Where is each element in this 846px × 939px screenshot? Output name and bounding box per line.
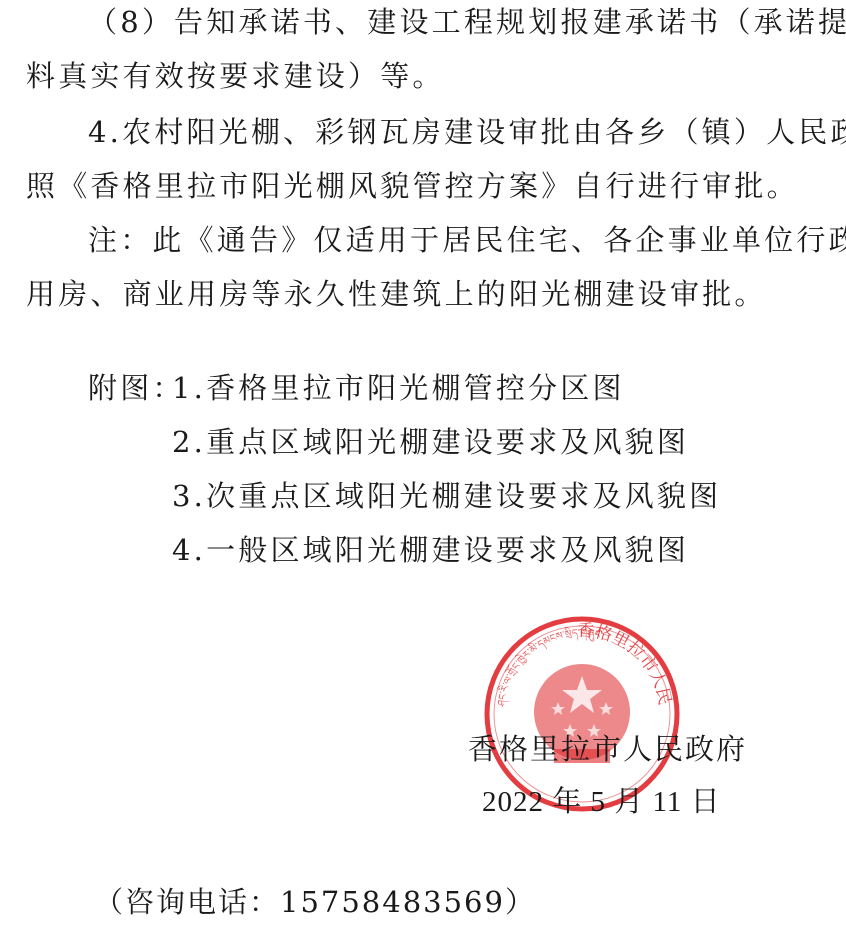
attachment-item: 2.重点区域阳光棚建设要求及风貌图 xyxy=(172,424,689,460)
contact-phone: （咨询电话：15758483569） xyxy=(94,884,536,920)
paragraph-item-4: 4.农村阳光棚、彩钢瓦房建设审批由各乡（镇）人民政府按 xyxy=(88,114,846,150)
attachment-item: 3.次重点区域阳光棚建设要求及风貌图 xyxy=(172,478,721,514)
attachment-item: 4.一般区域阳光棚建设要求及风貌图 xyxy=(172,532,689,568)
paragraph-note: 注：此《通告》仅适用于居民住宅、各企事业单位行政办公 xyxy=(88,222,846,258)
paragraph-note-cont: 用房、商业用房等永久性建筑上的阳光棚建设审批。 xyxy=(26,276,767,312)
paragraph-item-8-cont: 料真实有效按要求建设）等。 xyxy=(26,58,445,94)
attachment-item: 1.香格里拉市阳光棚管控分区图 xyxy=(172,370,625,406)
paragraph-item-8: （8）告知承诺书、建设工程规划报建承诺书（承诺提供资 xyxy=(88,4,846,40)
issue-date: 2022 年 5 月 11 日 xyxy=(482,784,721,820)
paragraph-item-4-cont: 照《香格里拉市阳光棚风貌管控方案》自行进行审批。 xyxy=(26,168,799,204)
attachments-label: 附图： xyxy=(88,370,185,406)
issuer-name: 香格里拉市人民政府 xyxy=(468,731,747,767)
